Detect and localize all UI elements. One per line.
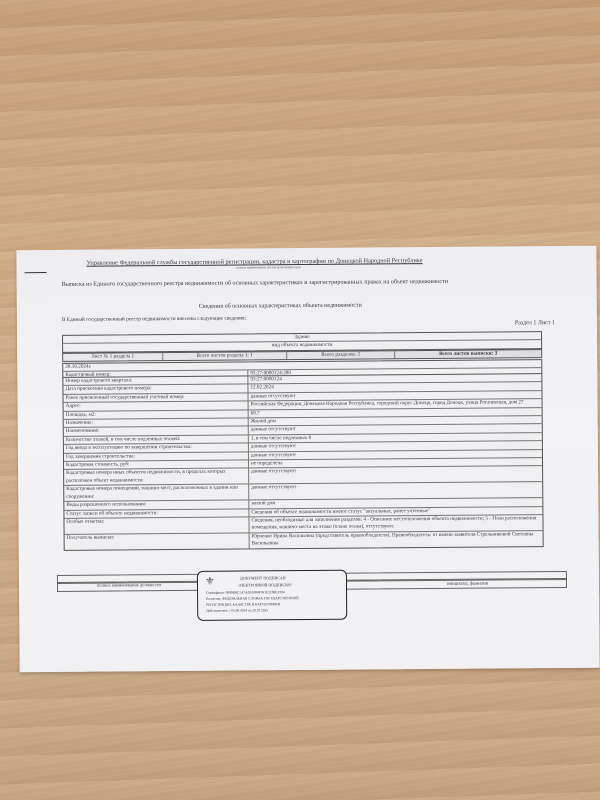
- field-label: Особые отметки:: [64, 517, 249, 533]
- characteristics-table: Номер кадастрового квартала:93:27:000012…: [62, 373, 543, 550]
- field-value: Сведения, необходимые для заполнения раз…: [249, 515, 542, 532]
- sheet-number: Лист № 1 раздела 1: [63, 353, 163, 361]
- field-value: данные отсутствуют: [249, 482, 542, 499]
- field-label: Количество этажей, в том числе подземных…: [64, 435, 249, 444]
- field-label: Ранее присвоенный государственный учетны…: [63, 393, 248, 402]
- section-label: Раздел 1 Лист 1: [515, 320, 555, 326]
- field-label: Кадастровые номера иных объектов недвижи…: [64, 469, 249, 485]
- margin-mark: [25, 272, 47, 273]
- field-label: Номер кадастрового квартала:: [63, 376, 248, 385]
- position-caption: полное наименование должности: [97, 582, 161, 588]
- field-label: Дата присвоения кадастрового номера:: [63, 385, 248, 394]
- extract-title: Выписка из Единого государственного реес…: [62, 279, 448, 288]
- stamp-issuer-2: РЕГИСТРАЦИИ, КАДАСТРА И КАРТОГРАФИИ: [206, 602, 280, 607]
- stamp-issuer-1: Владелец: ФЕДЕРАЛЬНАЯ СЛУЖБА ГОСУДАРСТВЕ…: [206, 596, 299, 601]
- field-label: Площадь, м2:: [64, 410, 249, 419]
- field-label: Назначение:: [64, 418, 249, 427]
- field-label: Кадастровая стоимость, руб:: [64, 461, 249, 470]
- issuing-organization-caption: полное наименование органа регистрации п…: [236, 265, 300, 270]
- intro-text: В Единый государственный реестр недвижим…: [62, 315, 246, 322]
- field-label: Год завершения строительства:: [64, 452, 249, 461]
- field-label: Статус записи об объекте недвижимости:: [64, 509, 249, 518]
- sections-total: Всего разделов: 2: [287, 351, 395, 359]
- section-title: Сведения об основных характеристиках объ…: [199, 303, 362, 310]
- name-caption: инициалы, фамилия: [447, 582, 488, 587]
- document-sheet: Управление Федеральной службы государств…: [16, 246, 599, 673]
- field-value: Юрченко Ирина Васильевна (представитель …: [250, 531, 543, 548]
- field-label: Год ввода в эксплуатацию по завершении с…: [64, 444, 249, 453]
- field-label: Кадастровые номера помещений, машино-мес…: [64, 485, 249, 501]
- field-label: Виды разрешенного использования:: [64, 501, 249, 510]
- field-value: данные отсутствуют: [249, 467, 542, 484]
- stamp-line1: ДОКУМЕНТ ПОДПИСАН: [240, 575, 286, 580]
- electronic-signature-stamp: ⚜ ДОКУМЕНТ ПОДПИСАН ЭЛЕКТРОННОЙ ПОДПИСЬЮ…: [197, 570, 347, 621]
- field-label: Наименование:: [64, 427, 249, 436]
- field-label: Адрес:: [64, 402, 249, 411]
- field-label: Получатель выписки:: [65, 533, 250, 549]
- coat-of-arms-icon: ⚜: [204, 575, 216, 589]
- stamp-validity: Действителен: с 05.08.2024 по 29.10.2025: [206, 608, 268, 612]
- table-row: Получатель выписки:Юрченко Ирина Василье…: [65, 531, 543, 550]
- section-sheets-total: Всего листов раздела 1: 1: [163, 352, 287, 360]
- extract-sheets-total: Всего листов выписки: 3: [395, 350, 541, 359]
- stamp-line2: ЭЛЕКТРОННОЙ ПОДПИСЬЮ: [238, 582, 292, 587]
- stamp-certificate: Сертификат: 00998BC1A7A0550B4F0F1E2196EF…: [206, 590, 285, 595]
